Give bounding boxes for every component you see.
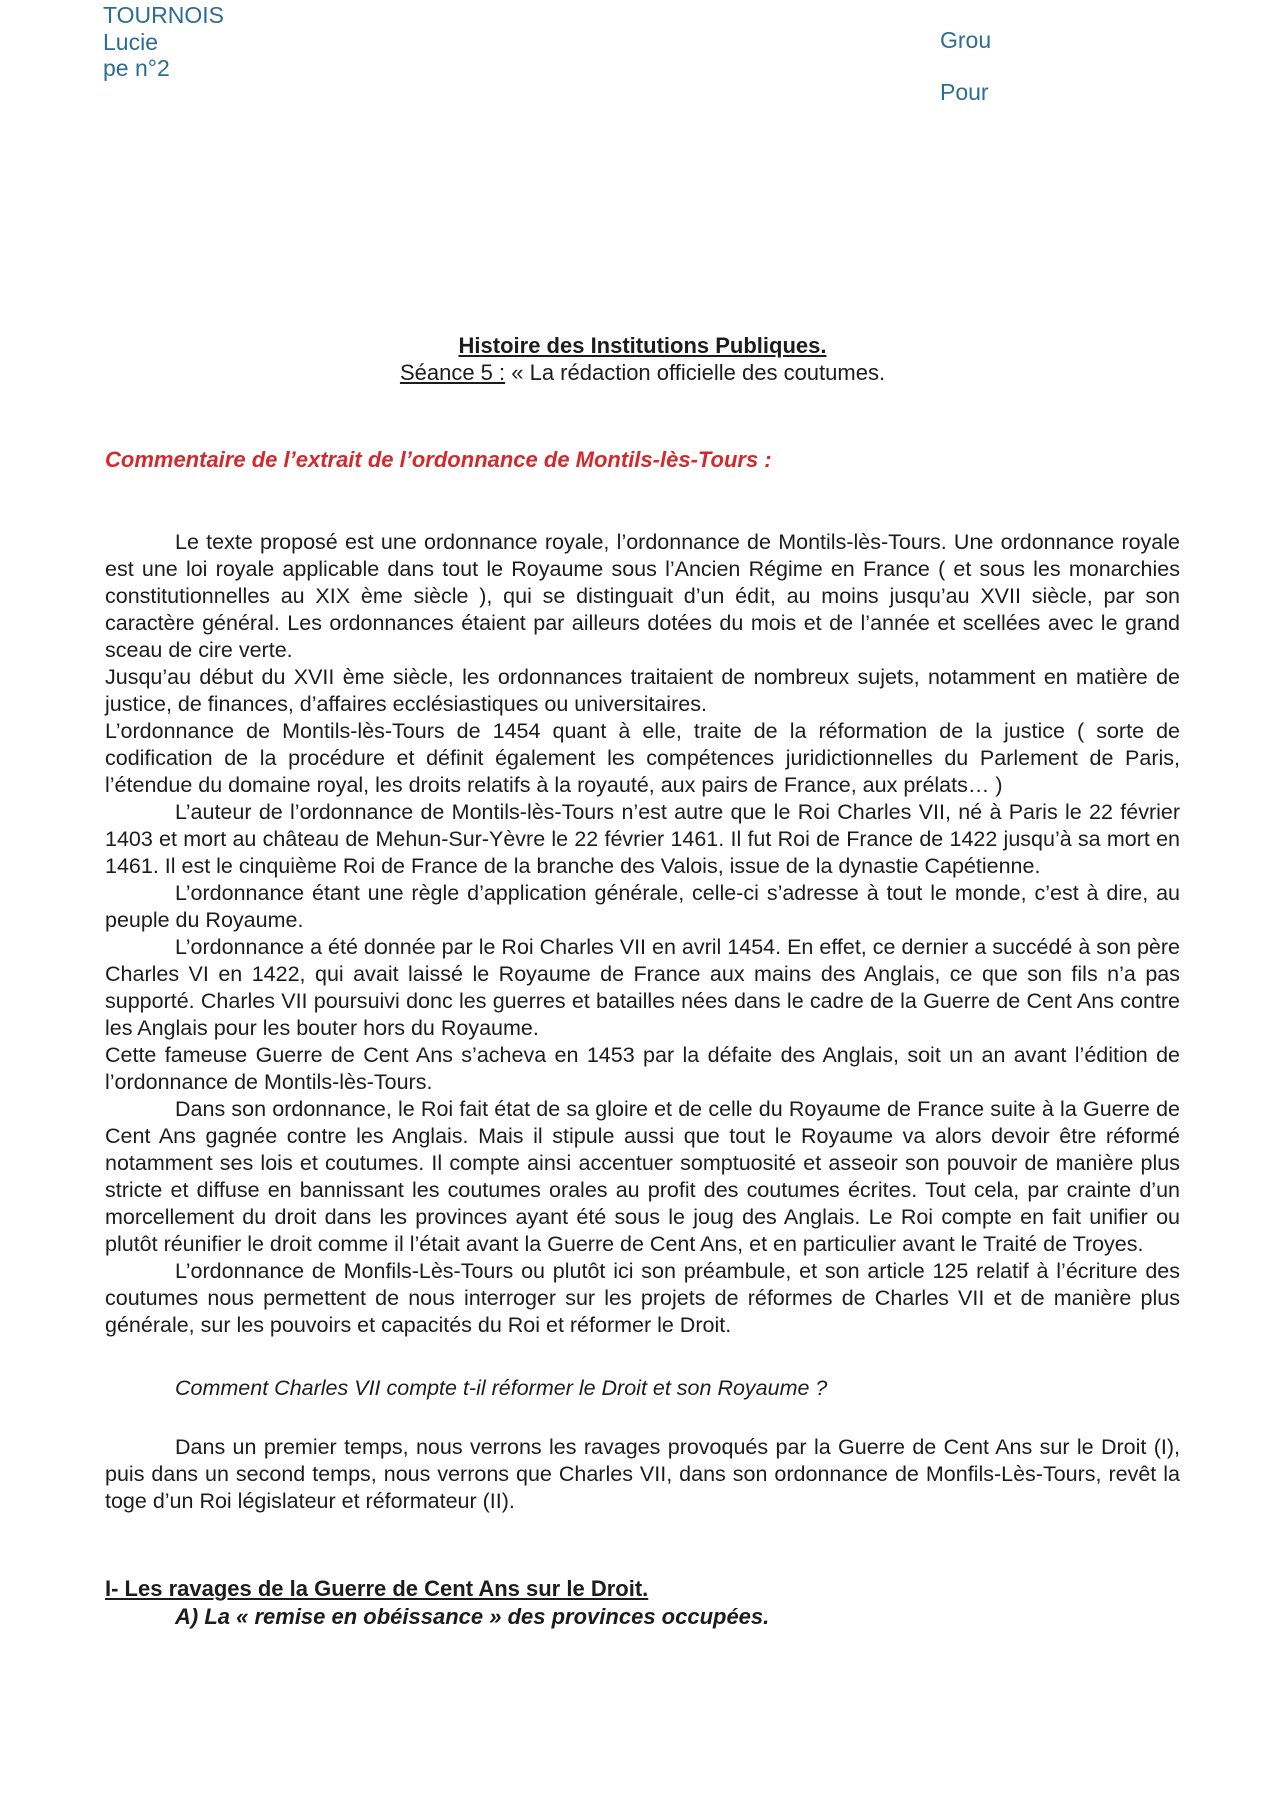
author-block: TOURNOIS Lucie pe n°2 <box>103 2 224 82</box>
page-subtitle: Séance 5 : « La rédaction officielle des… <box>105 359 1180 386</box>
body-paragraph: Jusqu’au début du XVII ème siècle, les o… <box>105 664 1180 718</box>
outline-paragraph: Dans un premier temps, nous verrons les … <box>105 1434 1180 1515</box>
commentary-heading: Commentaire de l’extrait de l’ordonnance… <box>105 446 1180 473</box>
page-title-text: Histoire des Institutions Publiques. <box>459 333 827 358</box>
section-heading-1-text: I- Les ravages de la Guerre de Cent Ans … <box>105 1576 648 1601</box>
author-group-fragment: pe n°2 <box>103 55 224 82</box>
author-surname: TOURNOIS <box>103 2 224 29</box>
page-title: Histoire des Institutions Publiques. <box>105 332 1180 359</box>
body-paragraph: Dans son ordonnance, le Roi fait état de… <box>105 1096 1180 1258</box>
header-right-fragment-2: Pour <box>940 79 991 106</box>
document-page: TOURNOIS Lucie pe n°2 Grou Pour Histoire… <box>0 0 1280 1811</box>
problem-question: Comment Charles VII compte t-il réformer… <box>105 1375 1180 1402</box>
subtitle-rest: « La rédaction officielle des coutumes. <box>505 360 885 385</box>
section-heading-1: I- Les ravages de la Guerre de Cent Ans … <box>105 1575 1180 1603</box>
subtitle-underlined-part: Séance 5 : <box>400 360 505 385</box>
body-paragraphs: Le texte proposé est une ordonnance roya… <box>105 529 1180 1339</box>
body-paragraph: L’ordonnance de Montils-lès-Tours de 145… <box>105 718 1180 799</box>
body-paragraph: L’ordonnance étant une règle d’applicati… <box>105 880 1180 934</box>
body-paragraph: Le texte proposé est une ordonnance roya… <box>105 529 1180 664</box>
subsection-heading-a: A) La « remise en obéissance » des provi… <box>105 1603 1180 1631</box>
body-paragraph: L’auteur de l’ordonnance de Montils-lès-… <box>105 799 1180 880</box>
body-paragraph: L’ordonnance de Monfils-Lès-Tours ou plu… <box>105 1258 1180 1339</box>
body-paragraph: Cette fameuse Guerre de Cent Ans s’achev… <box>105 1042 1180 1096</box>
header-right-block: Grou Pour <box>940 27 991 105</box>
document-body: Histoire des Institutions Publiques. Séa… <box>105 332 1180 1631</box>
body-paragraph: L’ordonnance a été donnée par le Roi Cha… <box>105 934 1180 1042</box>
header-right-spacer <box>940 54 991 79</box>
author-firstname: Lucie <box>103 29 224 56</box>
header-right-fragment-1: Grou <box>940 27 991 54</box>
